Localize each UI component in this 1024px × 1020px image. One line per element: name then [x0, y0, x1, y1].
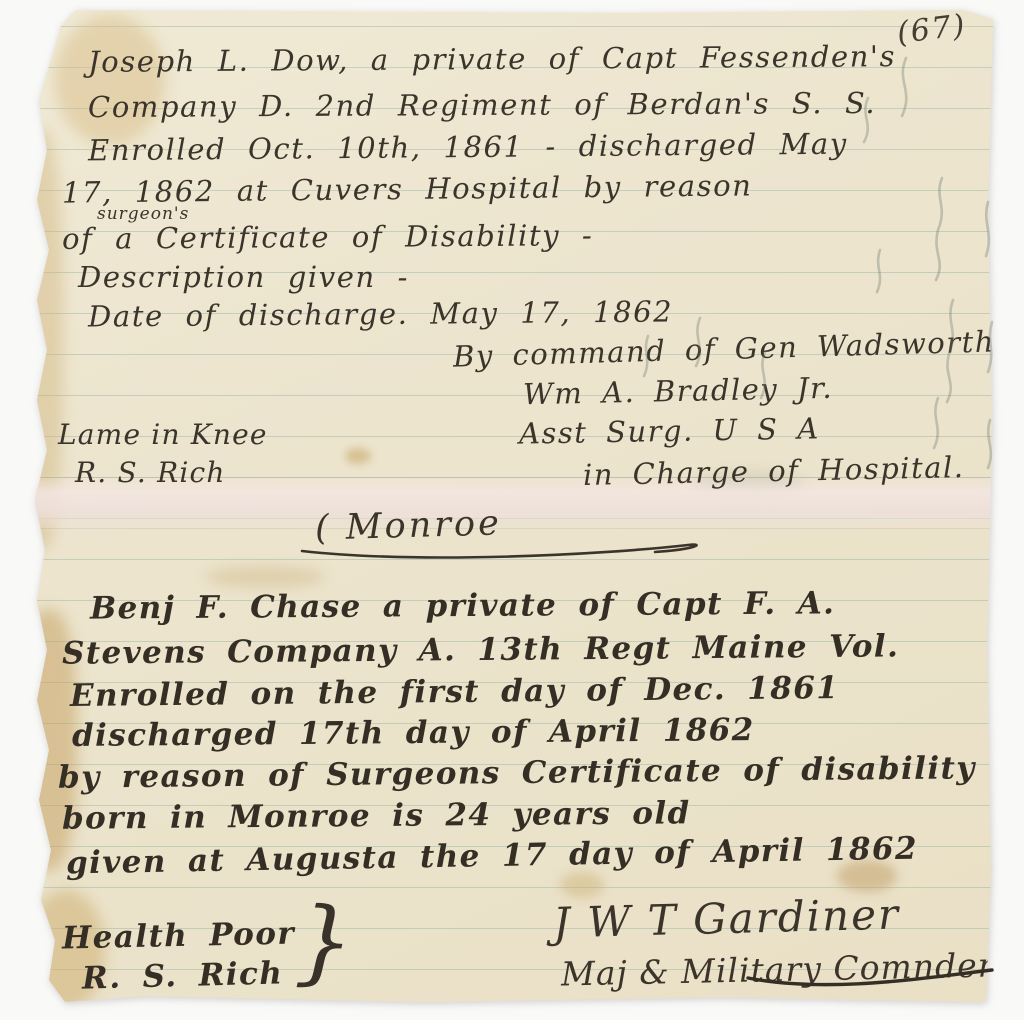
record1-line: Description given -: [78, 260, 409, 294]
record1-margin-note: Lame in Knee: [58, 418, 268, 451]
record1-line: Joseph L. Dow, a private of Capt Fessend…: [88, 39, 896, 79]
record2-line: Stevens Company A. 13th Regt Maine Vol.: [62, 628, 899, 671]
record2-line: Benj F. Chase a private of Capt F. A.: [90, 585, 836, 626]
record1-closing-line: Asst Surg. U S A: [519, 411, 820, 450]
record1-line: Date of discharge. May 17, 1862: [88, 294, 674, 333]
record1-line: Enrolled Oct. 10th, 1861 - discharged Ma…: [88, 127, 848, 168]
signature-name: J W T Gardiner: [552, 889, 900, 947]
section-heading-monroe: ( Monroe: [314, 503, 502, 548]
margin-brace: }: [293, 887, 355, 996]
paper-stain: [55, 15, 165, 145]
paper-smudge: [205, 566, 325, 588]
record1-margin-note: R. S. Rich: [75, 456, 226, 489]
record2-line: born in Monroe is 24 years old: [62, 795, 691, 836]
record2-line: discharged 17th day of April 1862: [72, 712, 755, 754]
record1-line: Company D. 2nd Regiment of Berdan's S. S…: [88, 86, 876, 124]
paper-stain: [345, 448, 371, 464]
paper-sheet: (67) Joseph L. Dow, a private of Capt Fe…: [25, 10, 993, 1002]
record2-margin-note: R. S. Rich: [82, 955, 284, 996]
record1-line: of a Certificate of Disability -: [62, 218, 594, 256]
record1-closing-line: Wm A. Bradley Jr.: [523, 371, 834, 411]
paper-sheet-wrapper: (67) Joseph L. Dow, a private of Capt Fe…: [25, 10, 993, 1002]
record2-margin-note: Health Poor: [62, 916, 296, 957]
paper-stain: [560, 872, 604, 898]
scanned-document-canvas: (67) Joseph L. Dow, a private of Capt Fe…: [0, 0, 1024, 1020]
